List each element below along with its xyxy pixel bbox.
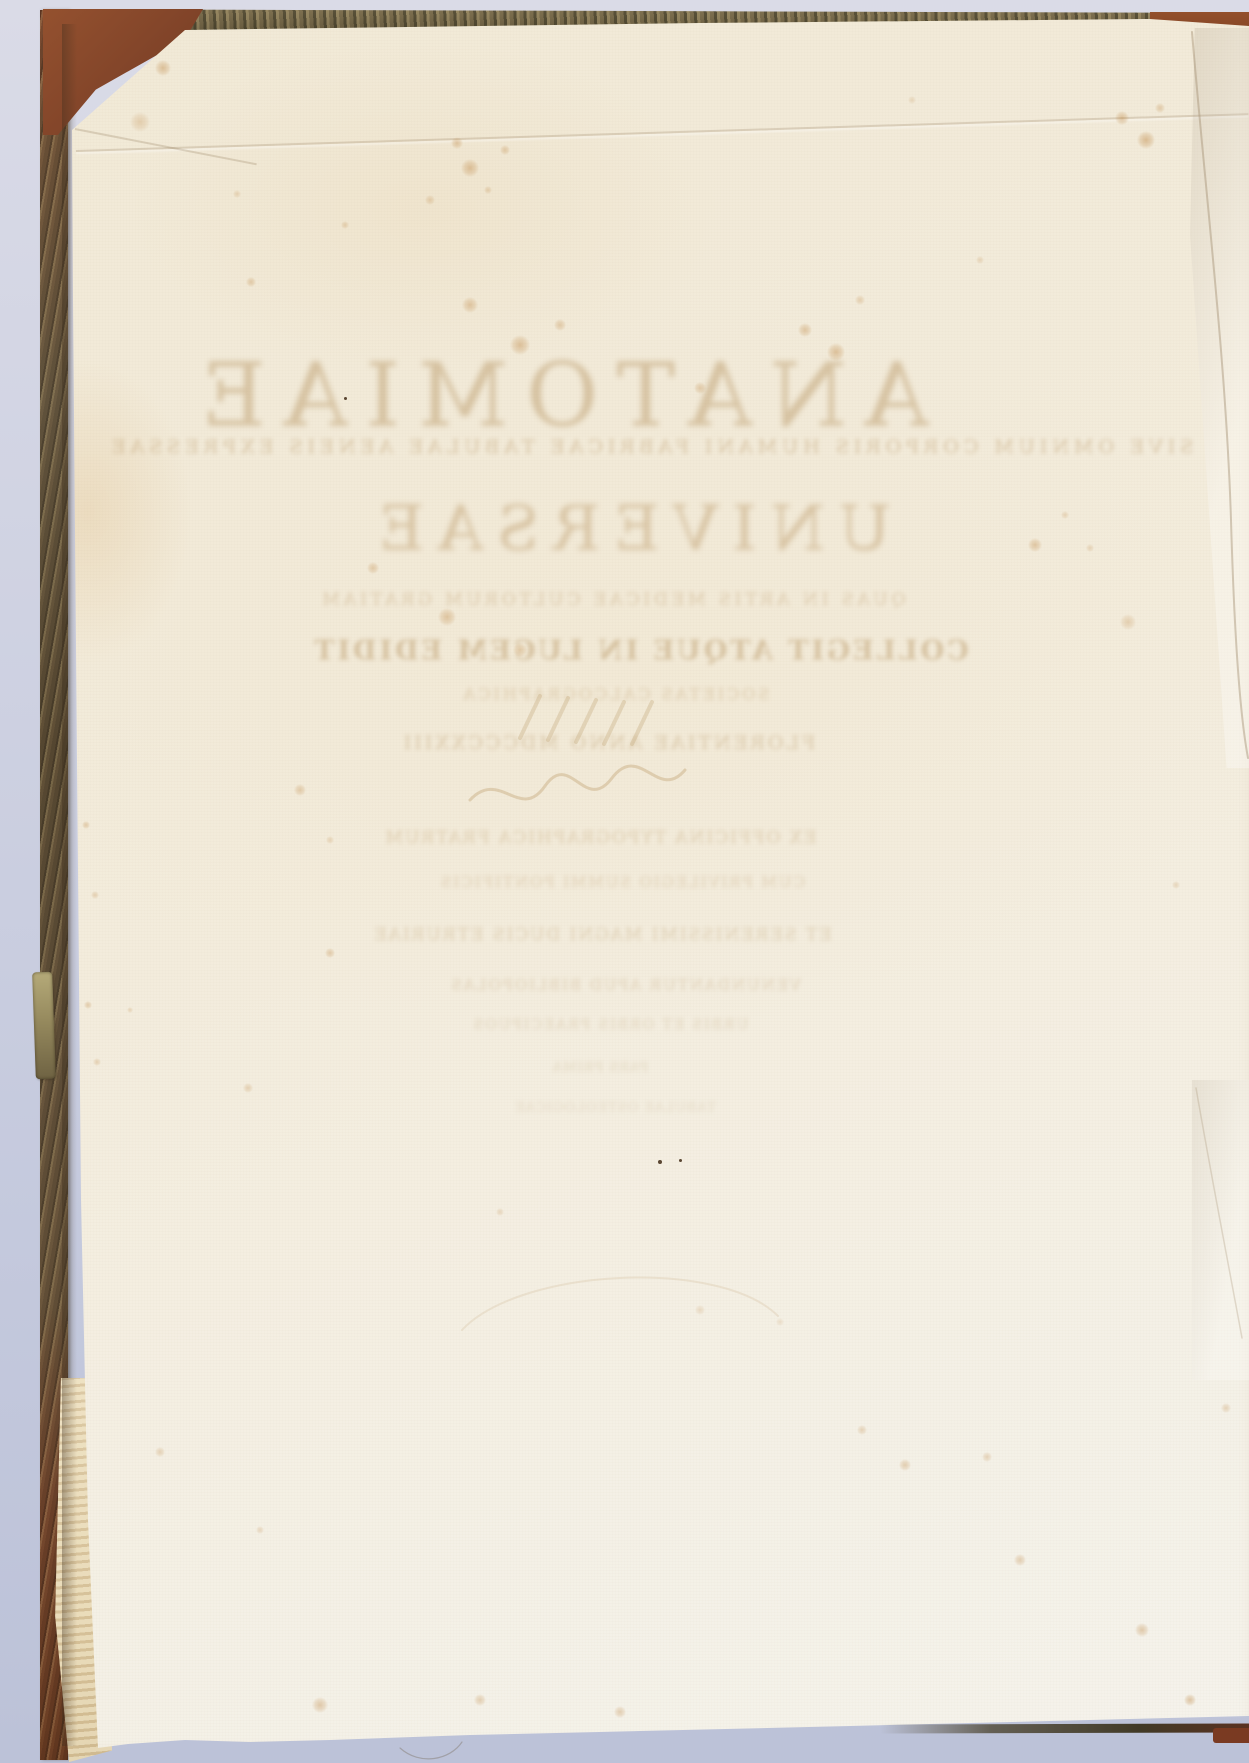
foxing-spot [474,1694,486,1706]
foxing-spot [155,60,171,76]
foxing-spot [1028,538,1042,552]
ghost-line-3: UNIVERSAE [365,492,891,565]
foxing-spot [1137,131,1155,149]
foxing-spot [1155,103,1165,113]
foxing-spot [294,784,306,796]
foxing-spot [1061,511,1069,519]
foxing-spot [500,145,510,155]
dark-speck [658,1160,662,1164]
foxing-spot [438,608,456,626]
foxing-spot [341,221,349,229]
foxing-spot [1172,881,1180,889]
foxing-spot [325,948,335,958]
foxing-spot [451,137,463,149]
ghost-line-2: SIVE OMNIUM CORPORIS HUMANI FABRICAE TAB… [107,436,1193,458]
foxing-spot [827,343,845,361]
foxing-spot [256,1526,264,1534]
foxing-spot [484,186,492,194]
spine-tab [32,972,56,1080]
foxing-spot [243,1083,253,1093]
foxing-spot [312,1697,328,1713]
foxing-spot [233,190,241,198]
foxing-spot [1086,544,1094,552]
foxing-spot [982,1452,992,1462]
dark-speck [344,397,347,400]
foxing-spot [326,836,334,844]
leather-bit-bottom-right [1213,1728,1249,1743]
foxing-spot [554,319,566,331]
foxing-spot [246,277,256,287]
foxing-spot [462,297,478,313]
ghost-line-11: VENUNDANTUR APUD BIBLIOPOLAS [449,976,800,994]
foxing-spot [1221,1403,1231,1413]
ghost-line-1: ANATOMIAE [184,344,929,447]
foxing-spot [1184,1694,1196,1706]
foxing-spot [130,112,150,132]
right-edge-fold-lower [1192,1080,1249,1380]
foxing-spot [155,1447,165,1457]
ghost-line-14: TABULAE OSTEOLOGICAE [514,1101,716,1116]
foxing-spot [908,96,916,104]
foxing-spot [614,1706,626,1718]
page-curl-fiber [400,1742,462,1759]
ghost-line-9: CUM PRIVILEGIO SUMMI PONTIFICIS [439,873,805,891]
foxing-spot [776,1318,784,1326]
foxing-spot [367,562,379,574]
ghost-line-6: SOCIETAS CALCOGRAPHICA [461,685,770,704]
foxing-spot [461,159,479,177]
foxing-spot [425,195,435,205]
right-edge-fold [1190,28,1249,768]
foxing-spot [694,382,706,394]
horizontal-crease [76,113,1248,152]
ghost-line-7: FLORENTIAE ANNO MDCCCXXIII [401,732,815,754]
foxing-spot [1135,1623,1149,1637]
foxing-spot [510,335,530,355]
photo-of-open-book: ANATOMIAESIVE OMNIUM CORPORIS HUMANI FAB… [0,0,1249,1763]
dark-speck [679,1159,682,1162]
ghost-line-5: COLLEGIT ATQUE IN LUCEM EDIDIT [311,636,968,667]
ghost-line-13: PARS PRIMA [552,1061,648,1076]
ghost-line-10: ET SERENISSIMI MAGNI DUCIS ETRURIAE [372,925,831,945]
foxing-spot [695,1305,705,1315]
foxing-spot [1115,111,1129,125]
blank-endpaper-page: ANATOMIAESIVE OMNIUM CORPORIS HUMANI FAB… [0,0,1249,1763]
foxing-spot [1014,1554,1026,1566]
foxing-spot [82,821,90,829]
bottom-board-edge-line [880,1724,1249,1734]
ghost-line-8: EX OFFICINA TYPOGRAPHICA FRATRUM [384,828,817,848]
foxing-spot [899,1459,911,1471]
foxing-spot [798,323,812,337]
foxing-spot [496,1208,504,1216]
foxing-spot [84,1001,92,1009]
ghost-line-12: URBIS ET ORBIS PRAECIPUOS [472,1017,749,1033]
ghost-line-4: QUAS IN ARTIS MEDICAE CULTORUM GRATIAM [318,590,905,610]
foxing-spot [127,1007,133,1013]
foxing-spot [976,256,984,264]
foxing-spot [855,295,865,305]
foxing-spot [91,891,99,899]
foxing-spot [1120,614,1136,630]
foxing-spot [857,1425,867,1435]
foxing-spot [513,643,527,657]
foxing-spot [93,1058,101,1066]
